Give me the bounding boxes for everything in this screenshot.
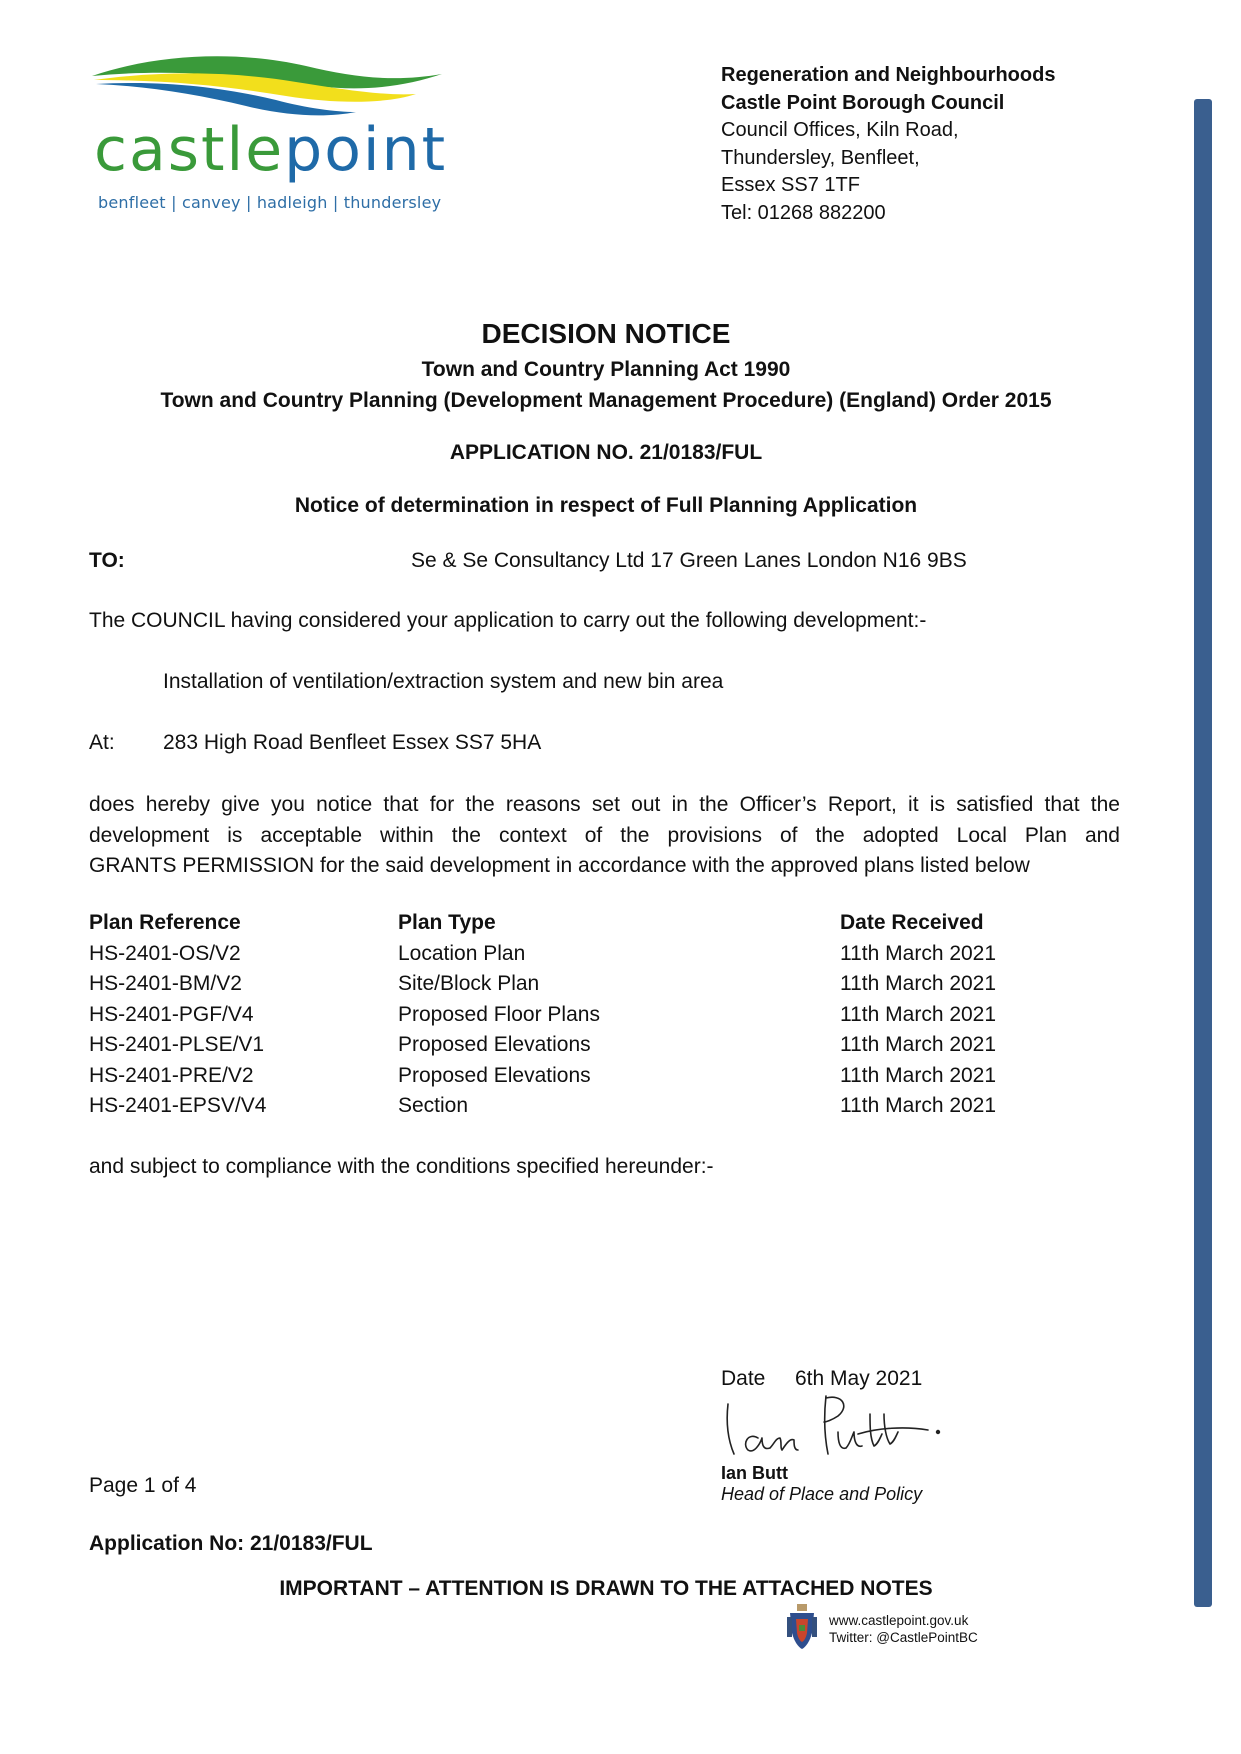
column-header: Plan Reference xyxy=(89,908,398,939)
intro-text: The COUNCIL having considered your appli… xyxy=(89,609,926,633)
plan-reference-cell: HS-2401-OS/V2 xyxy=(89,939,398,970)
date-received-cell: 11th March 2021 xyxy=(840,1030,1040,1061)
approved-plans-table: Plan Reference Plan Type Date Received H… xyxy=(89,908,1040,1122)
plan-type-cell: Proposed Floor Plans xyxy=(398,1000,840,1031)
order-reference: Town and Country Planning (Development M… xyxy=(0,389,1212,413)
website-link[interactable]: www.castlepoint.gov.uk xyxy=(829,1612,978,1629)
table-row: HS-2401-BM/V2Site/Block Plan11th March 2… xyxy=(89,969,1040,1000)
date-received-cell: 11th March 2021 xyxy=(840,1000,1040,1031)
logo-tagline: benfleet | canvey | hadleigh | thundersl… xyxy=(98,193,441,212)
plan-type-cell: Site/Block Plan xyxy=(398,969,840,1000)
borough-crest-icon xyxy=(786,1603,818,1651)
decision-line: does hereby give you notice that for the… xyxy=(89,790,1120,821)
address-line-3: Essex SS7 1TF xyxy=(721,172,1055,200)
castlepoint-logo: castlepoint benfleet | canvey | hadleigh… xyxy=(86,52,446,222)
location-value: 283 High Road Benfleet Essex SS7 5HA xyxy=(163,731,541,755)
column-header: Plan Type xyxy=(398,908,840,939)
logo-word-point: point xyxy=(284,115,447,185)
table-header-row: Plan Reference Plan Type Date Received xyxy=(89,908,1040,939)
plan-type-cell: Section xyxy=(398,1091,840,1122)
date-received-cell: 11th March 2021 xyxy=(840,939,1040,970)
notice-subtitle: Notice of determination in respect of Fu… xyxy=(0,494,1212,518)
document-title: DECISION NOTICE xyxy=(0,318,1212,350)
logo-word-castle: castle xyxy=(94,115,284,185)
address-line-2: Thundersley, Benfleet, xyxy=(721,145,1055,173)
plan-reference-cell: HS-2401-PRE/V2 xyxy=(89,1061,398,1092)
table-row: HS-2401-PRE/V2Proposed Elevations11th Ma… xyxy=(89,1061,1040,1092)
plan-type-cell: Proposed Elevations xyxy=(398,1061,840,1092)
date-label: Date xyxy=(721,1367,765,1391)
wave-swoosh-icon xyxy=(86,52,446,118)
plan-reference-cell: HS-2401-BM/V2 xyxy=(89,969,398,1000)
decision-paragraph: does hereby give you notice that for the… xyxy=(89,790,1120,882)
council-name: Castle Point Borough Council xyxy=(721,90,1055,118)
plan-reference-cell: HS-2401-PLSE/V1 xyxy=(89,1030,398,1061)
signatory-role: Head of Place and Policy xyxy=(721,1484,922,1505)
telephone: Tel: 01268 882200 xyxy=(721,200,1055,228)
council-address: Regeneration and Neighbourhoods Castle P… xyxy=(721,62,1055,227)
contact-links: www.castlepoint.gov.uk Twitter: @CastleP… xyxy=(829,1612,978,1646)
development-description: Installation of ventilation/extraction s… xyxy=(163,670,723,694)
recipient-value: Se & Se Consultancy Ltd 17 Green Lanes L… xyxy=(411,549,967,573)
plan-reference-cell: HS-2401-EPSV/V4 xyxy=(89,1091,398,1122)
decision-line: development is acceptable within the con… xyxy=(89,821,1120,852)
department-name: Regeneration and Neighbourhoods xyxy=(721,62,1055,90)
date-value: 6th May 2021 xyxy=(795,1367,922,1391)
logo-wordmark: castlepoint xyxy=(94,120,447,180)
date-received-cell: 11th March 2021 xyxy=(840,969,1040,1000)
date-received-cell: 11th March 2021 xyxy=(840,1061,1040,1092)
plan-reference-cell: HS-2401-PGF/V4 xyxy=(89,1000,398,1031)
decision-line: GRANTS PERMISSION for the said developme… xyxy=(89,851,1120,882)
column-header: Date Received xyxy=(840,908,1040,939)
plan-type-cell: Proposed Elevations xyxy=(398,1030,840,1061)
table-row: HS-2401-OS/V2Location Plan11th March 202… xyxy=(89,939,1040,970)
footer-application-number: Application No: 21/0183/FUL xyxy=(89,1532,373,1556)
conditions-intro: and subject to compliance with the condi… xyxy=(89,1155,714,1179)
page-number: Page 1 of 4 xyxy=(89,1474,196,1498)
address-line-1: Council Offices, Kiln Road, xyxy=(721,117,1055,145)
important-notice: IMPORTANT – ATTENTION IS DRAWN TO THE AT… xyxy=(0,1577,1212,1601)
table-row: HS-2401-EPSV/V4Section11th March 2021 xyxy=(89,1091,1040,1122)
signatory-name: Ian Butt xyxy=(721,1463,788,1484)
twitter-handle[interactable]: Twitter: @CastlePointBC xyxy=(829,1629,978,1646)
date-received-cell: 11th March 2021 xyxy=(840,1091,1040,1122)
location-label: At: xyxy=(89,731,115,755)
recipient-label: TO: xyxy=(89,549,125,573)
signature-icon xyxy=(718,1392,948,1468)
application-number-heading: APPLICATION NO. 21/0183/FUL xyxy=(0,441,1212,465)
plan-type-cell: Location Plan xyxy=(398,939,840,970)
act-reference: Town and Country Planning Act 1990 xyxy=(0,358,1212,382)
table-row: HS-2401-PGF/V4Proposed Floor Plans11th M… xyxy=(89,1000,1040,1031)
table-row: HS-2401-PLSE/V1Proposed Elevations11th M… xyxy=(89,1030,1040,1061)
